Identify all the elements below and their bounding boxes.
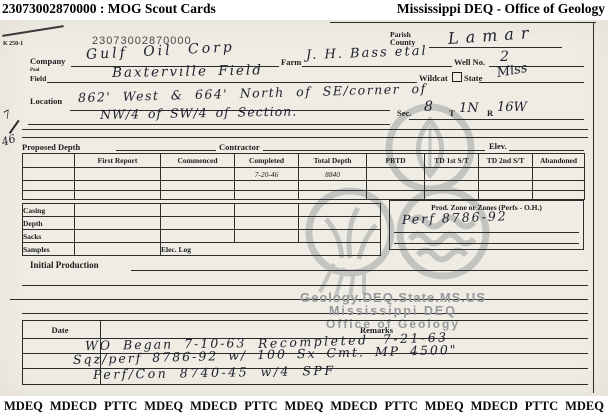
title-bar: 23073002870000 : MOG Scout Cards Mississ… xyxy=(0,0,608,20)
blank-rule-1 xyxy=(22,285,588,286)
empty-cell xyxy=(479,181,533,191)
farm-line xyxy=(302,66,452,67)
empty-cell xyxy=(299,230,381,243)
empty-cell xyxy=(75,230,161,243)
proposed-depth-label: Proposed Depth xyxy=(22,142,80,152)
empty-cell xyxy=(161,191,235,200)
empty-cell xyxy=(367,168,425,181)
watermark-url: Geology.DEQ.State.MS.US xyxy=(280,290,506,305)
prod-zone-value: Perf 8786-92 xyxy=(402,208,508,227)
samples-row-label: Samples xyxy=(23,243,75,256)
sacks-row-label: Sacks xyxy=(23,230,75,243)
empty-cell xyxy=(161,217,235,230)
header-first-report: First Report xyxy=(75,154,161,168)
footer-token: MDEQ xyxy=(565,399,604,414)
watermark-agency: Mississippi DEQ xyxy=(280,304,506,318)
wildcat-checkbox xyxy=(452,72,462,82)
location-label: Location xyxy=(30,96,62,106)
contractor-label: Contractor xyxy=(219,142,260,152)
form-number: K 250-1 xyxy=(3,41,23,47)
township-label: T xyxy=(449,108,455,118)
casing-table: Casing Depth Sacks Samples Elec. Log xyxy=(22,203,381,256)
empty-cell xyxy=(161,181,235,191)
initial-production-label: Initial Production xyxy=(30,260,99,270)
casing-row-label: Casing xyxy=(23,204,75,217)
table-row xyxy=(23,181,585,191)
elec-log-label: Elec. Log xyxy=(161,243,381,256)
header-completed: Completed xyxy=(235,154,299,168)
empty-cell xyxy=(425,191,479,200)
state-line xyxy=(479,82,584,83)
footer-token: MDECD xyxy=(50,399,97,414)
sec-label: Sec. xyxy=(397,108,411,118)
header-td-2nd: TD 2nd S/T xyxy=(479,154,533,168)
prod-zone-rule-2 xyxy=(394,243,579,244)
footer-token: MDECD xyxy=(190,399,237,414)
depth-row-label: Depth xyxy=(23,217,75,230)
table-row xyxy=(23,191,585,200)
footer-token: PTTC xyxy=(525,399,558,414)
footer-token: MDEQ xyxy=(285,399,324,414)
continuation-rule-2 xyxy=(22,137,588,138)
empty-cell xyxy=(23,168,75,181)
empty-cell xyxy=(235,204,299,217)
footer-token: PTTC xyxy=(385,399,418,414)
card-right-border xyxy=(593,22,594,393)
card-top-border xyxy=(330,22,596,23)
well-no-label: Well No. xyxy=(454,57,485,67)
remarks-left-border xyxy=(22,320,23,384)
empty-cell xyxy=(23,181,75,191)
header-abandoned: Abandoned xyxy=(533,154,585,168)
header-total-depth: Total Depth xyxy=(299,154,367,168)
empty-cell xyxy=(161,204,235,217)
empty-cell xyxy=(161,230,235,243)
elev-line xyxy=(509,150,584,151)
field-value: Baxterville Field xyxy=(112,62,263,81)
page-title: 23073002870000 : MOG Scout Cards xyxy=(2,1,216,17)
contractor-line xyxy=(263,150,485,151)
empty-cell xyxy=(425,181,479,191)
continuation-rule-1 xyxy=(22,129,588,130)
initial-production-line xyxy=(131,270,588,271)
empty-cell xyxy=(75,168,161,181)
proposed-depth-line xyxy=(116,150,216,151)
prod-zone-box: Prod. Zone or Zones (Perfs - O.H.) Perf … xyxy=(389,200,584,250)
footer-token: PTTC xyxy=(104,399,137,414)
empty-cell xyxy=(299,204,381,217)
company-label: Company xyxy=(30,56,65,66)
empty-cell xyxy=(299,217,381,230)
empty-cell xyxy=(533,168,585,181)
sec-row-rule xyxy=(409,119,584,120)
empty-cell xyxy=(75,181,161,191)
elev-label: Elev. xyxy=(489,141,507,151)
remarks-rule-bottom xyxy=(22,384,588,385)
header-blank xyxy=(23,154,75,168)
empty-cell xyxy=(235,191,299,200)
footer-bar: MDEQ MDECD PTTC MDEQ MDECD PTTC MDEQ MDE… xyxy=(0,396,608,417)
footer-token: MDEQ xyxy=(4,399,43,414)
empty-cell xyxy=(235,181,299,191)
header-pbtd: PBTD xyxy=(367,154,425,168)
empty-cell xyxy=(299,191,367,200)
empty-cell xyxy=(479,168,533,181)
header-td-1st: TD 1st S/T xyxy=(425,154,479,168)
well-no-value: 2 xyxy=(500,49,509,65)
header-commenced: Commenced xyxy=(161,154,235,168)
scout-card-page: 23073002870000 : MOG Scout Cards Mississ… xyxy=(0,0,608,417)
empty-cell xyxy=(161,168,235,181)
empty-cell xyxy=(75,243,161,256)
field-label: Field xyxy=(30,74,46,83)
range-label: R xyxy=(487,108,493,118)
empty-cell xyxy=(235,230,299,243)
table-header-row: First Report Commenced Completed Total D… xyxy=(23,154,585,168)
farm-label: Farm xyxy=(281,57,301,67)
table-row: Depth xyxy=(23,217,381,230)
well-dates-table: First Report Commenced Completed Total D… xyxy=(22,153,585,200)
footer-token: MDEQ xyxy=(425,399,464,414)
footer-token: MDEQ xyxy=(144,399,183,414)
empty-cell xyxy=(23,191,75,200)
footer-token: MDECD xyxy=(471,399,518,414)
remarks-rule-top xyxy=(22,320,588,321)
empty-cell xyxy=(75,204,161,217)
table-row: Sacks xyxy=(23,230,381,243)
footer-token: MDECD xyxy=(330,399,377,414)
empty-cell xyxy=(533,191,585,200)
township-value: 1N xyxy=(459,101,479,116)
empty-cell xyxy=(235,217,299,230)
completed-date-value: 7-20-46 xyxy=(235,168,299,181)
empty-cell xyxy=(479,191,533,200)
total-depth-value: 8840 xyxy=(299,168,367,181)
table-row: Casing xyxy=(23,204,381,217)
empty-cell xyxy=(367,181,425,191)
sec-value: 8 xyxy=(424,99,433,115)
empty-cell xyxy=(367,191,425,200)
empty-cell xyxy=(533,181,585,191)
table-row: 7-20-46 8840 xyxy=(23,168,585,181)
location-line2-rule xyxy=(28,124,390,125)
pool-label: Pool xyxy=(30,68,39,73)
range-value: 16W xyxy=(497,100,527,115)
footer-token: PTTC xyxy=(244,399,277,414)
empty-cell xyxy=(75,217,161,230)
prod-zone-rule-1 xyxy=(394,232,579,233)
empty-cell xyxy=(425,168,479,181)
date-header: Date xyxy=(30,325,90,335)
agency-title: Mississippi DEQ - Office of Geology xyxy=(397,1,605,17)
empty-cell xyxy=(75,191,161,200)
table-row: Samples Elec. Log xyxy=(23,243,381,256)
empty-cell xyxy=(299,181,367,191)
